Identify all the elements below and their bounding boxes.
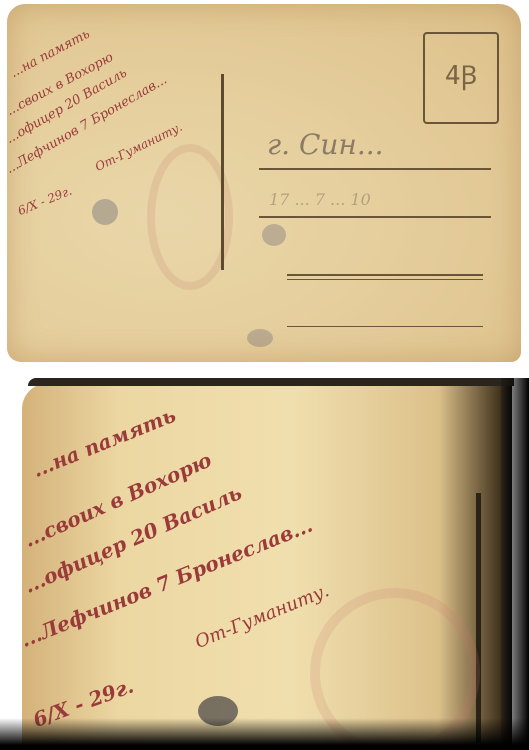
handwriting-date: 6/Х - 29г. <box>16 184 74 218</box>
stain <box>247 329 273 347</box>
address-text-1: г. Син... <box>267 128 384 161</box>
address-line-4 <box>287 326 483 327</box>
divider-line <box>221 74 224 270</box>
address-line-1 <box>259 168 491 170</box>
address-line-2 <box>259 216 491 218</box>
stain <box>92 199 118 225</box>
closeup-divider-line <box>476 493 481 743</box>
right-edge-shadow <box>501 378 529 750</box>
bottom-edge-shadow <box>0 718 529 750</box>
address-line-3b <box>287 279 483 280</box>
closeup-top-edge <box>28 378 514 386</box>
address-text-2: 17 ... 7 ... 10 <box>269 190 371 209</box>
postcard-back-closeup: ...на память ...своих в Вохорю ...офицер… <box>0 378 529 750</box>
stamp-box: 4Ꞵ <box>423 32 499 124</box>
stamp-glyph: 4Ꞵ <box>425 56 497 92</box>
address-line-3a <box>287 274 483 276</box>
postcard-back-full: 4Ꞵ г. Син... 17 ... 7 ... 10 ...на памят… <box>7 4 521 362</box>
stain <box>262 224 286 246</box>
